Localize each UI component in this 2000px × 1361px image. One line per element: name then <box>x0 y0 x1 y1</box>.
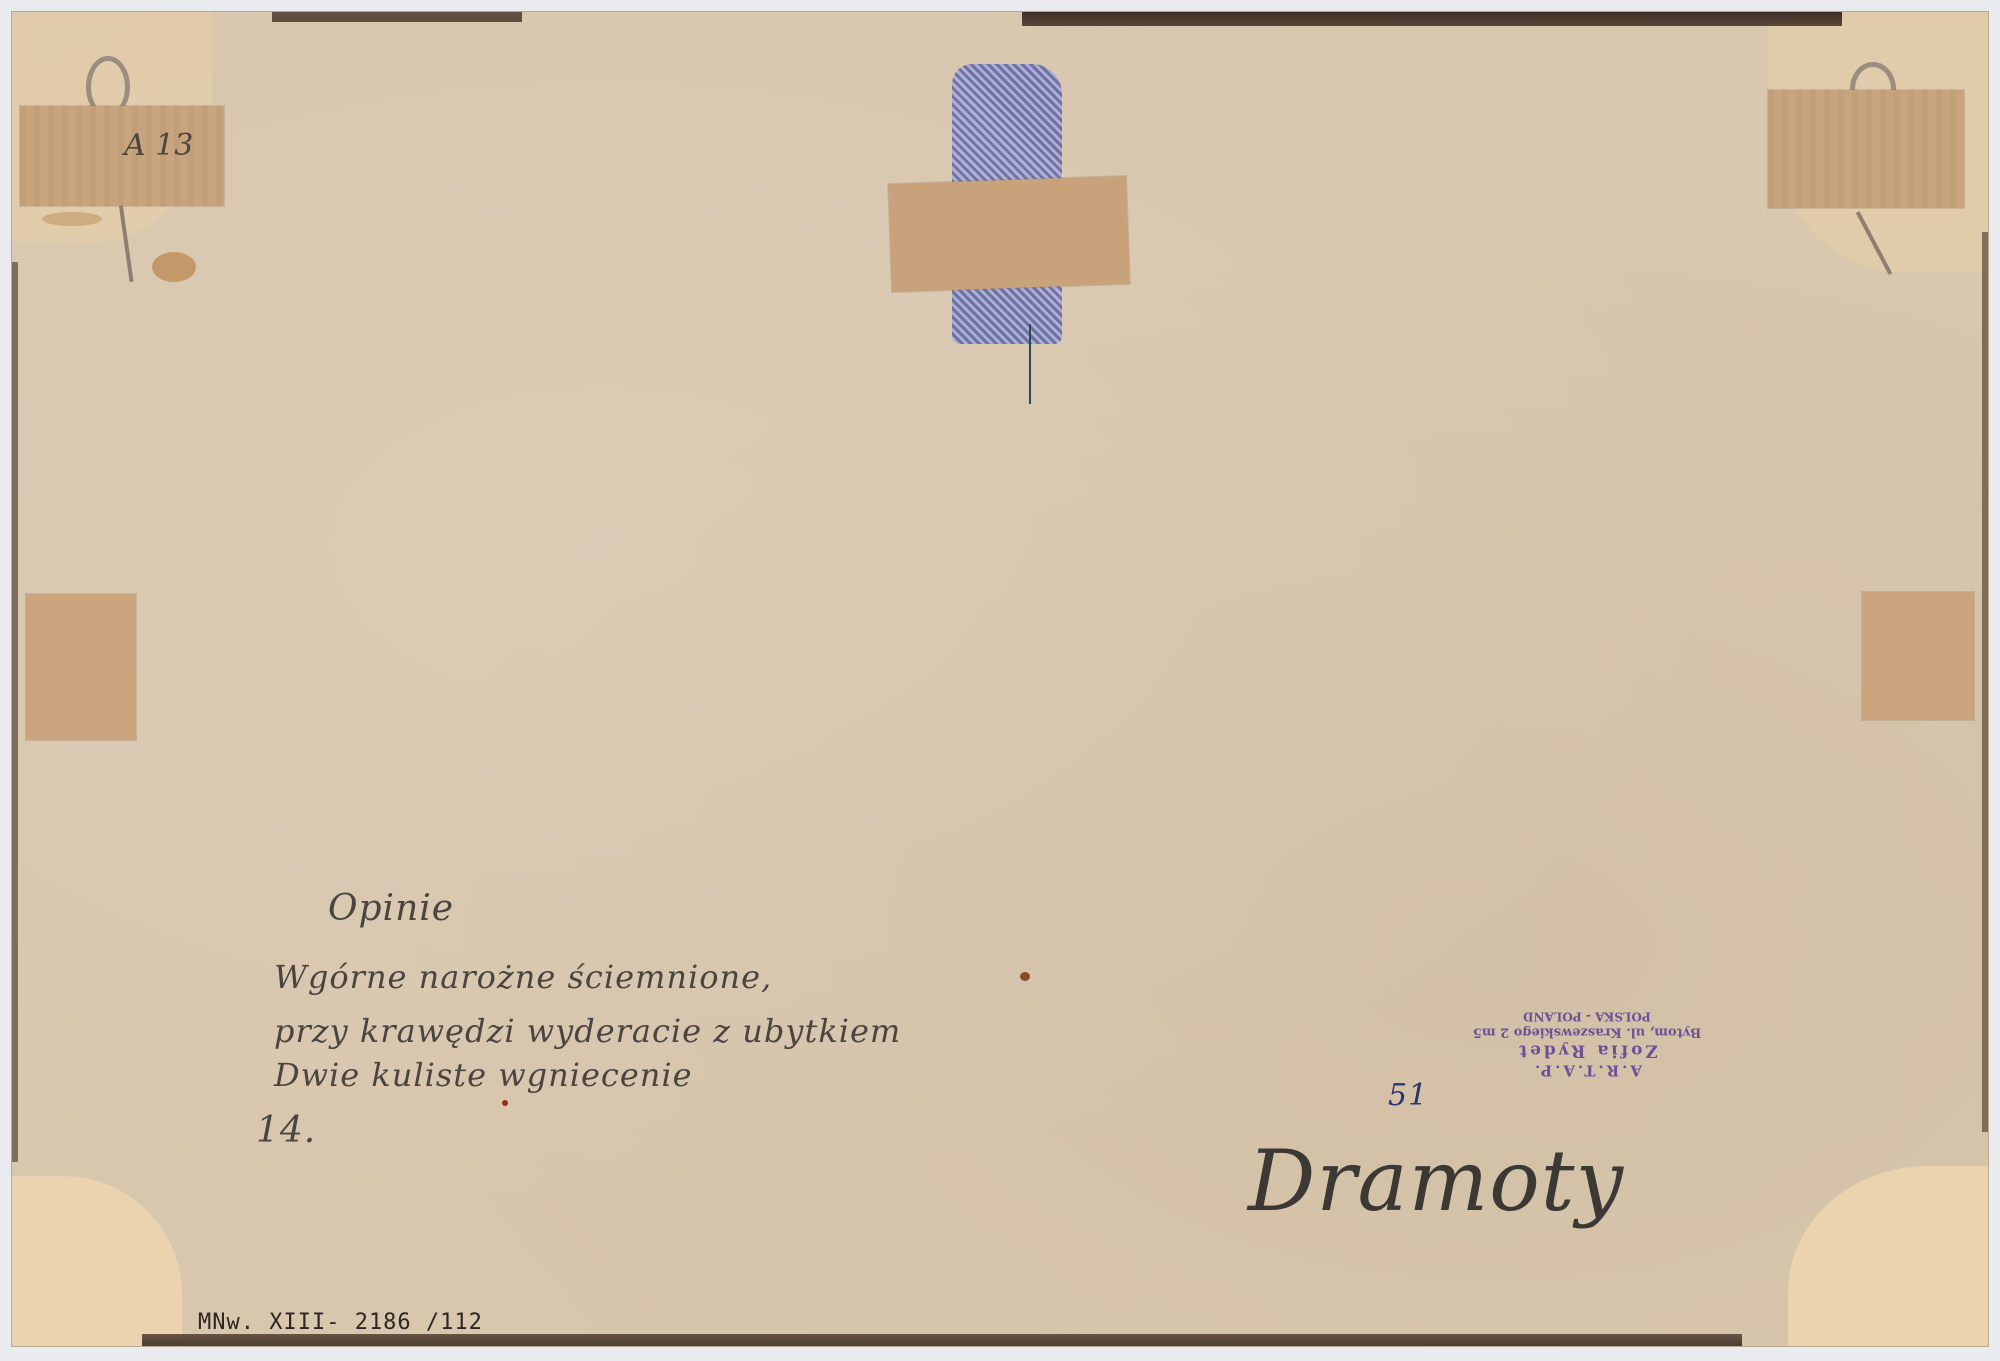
glue-stain <box>42 212 102 226</box>
glue-stain <box>152 252 196 282</box>
dark-edge-right <box>1982 232 1988 1132</box>
dark-edge-bottom <box>142 1334 1742 1346</box>
stamp-line: A.R.T.A.P. <box>1472 1061 1702 1080</box>
tape-top-right <box>1768 90 1964 208</box>
red-speck <box>502 1100 508 1106</box>
note-line: przy krawędzi wyderacie z ubytkiem <box>274 1012 901 1050</box>
rubber-stamp: A.R.T.A.P. Zofia Rydet Bytom, ul. Krasze… <box>1472 1008 1702 1079</box>
dark-edge-top <box>1022 12 1842 26</box>
tape-top-left: A 13 <box>20 106 224 206</box>
brown-speck <box>1020 972 1030 981</box>
stamp-line: Zofia Rydet <box>1472 1039 1702 1060</box>
worn-corner-bottom-left <box>12 1176 182 1346</box>
cardboard-backing: A 13 Opinie Wgórne narożne ściemnione, p… <box>12 12 1988 1346</box>
needle-line <box>1029 324 1031 404</box>
tape-ribbon-cover <box>888 176 1130 292</box>
blue-ink-number: 51 <box>1388 1078 1428 1113</box>
stamp-line: Bytom, ul. Kraszewskiego 2 m5 <box>1472 1023 1702 1039</box>
note-number: 14. <box>256 1110 316 1151</box>
note-title: Opinie <box>328 888 454 929</box>
signature-title: Dramoty <box>1248 1132 1624 1230</box>
note-line: Wgórne narożne ściemnione, <box>274 958 772 996</box>
worn-corner-bottom-right <box>1788 1166 1988 1346</box>
tape-label-text: A 13 <box>124 128 193 163</box>
note-line: Dwie kuliste wgniecenie <box>274 1056 693 1094</box>
tape-middle-right <box>1862 592 1974 720</box>
stamp-line: POLSKA - POLAND <box>1472 1008 1702 1023</box>
inventory-number: MNw. XIII- 2186 /112 <box>198 1310 483 1335</box>
dark-edge-top-left <box>272 12 522 22</box>
tape-middle-left <box>26 594 136 740</box>
dark-edge-left <box>12 262 18 1162</box>
